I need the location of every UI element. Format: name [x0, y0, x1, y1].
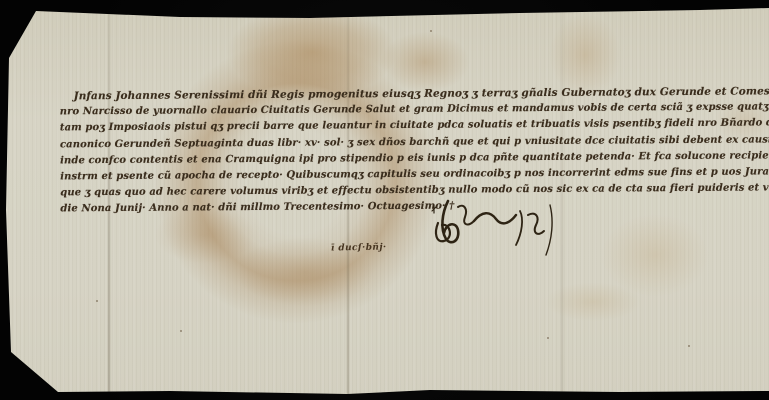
notary-docket-note: ī ducſ·bñj·	[331, 243, 387, 254]
photo-frame: Jnfans Johannes Serenissimi dñi Regis pm…	[0, 0, 769, 400]
signature-paraph-flourish	[424, 193, 559, 267]
ink-speck	[547, 337, 549, 339]
ink-speck	[430, 30, 432, 32]
ink-speck	[96, 300, 98, 302]
ink-speck	[688, 345, 690, 347]
ink-speck	[180, 330, 182, 332]
charter-text-block: Jnfans Johannes Serenissimi dñi Regis pm…	[60, 84, 733, 218]
charter-line: die Nona Junij· Anno a nat· dñi millmo T…	[60, 197, 732, 218]
parchment-charter: Jnfans Johannes Serenissimi dñi Regis pm…	[0, 0, 769, 400]
